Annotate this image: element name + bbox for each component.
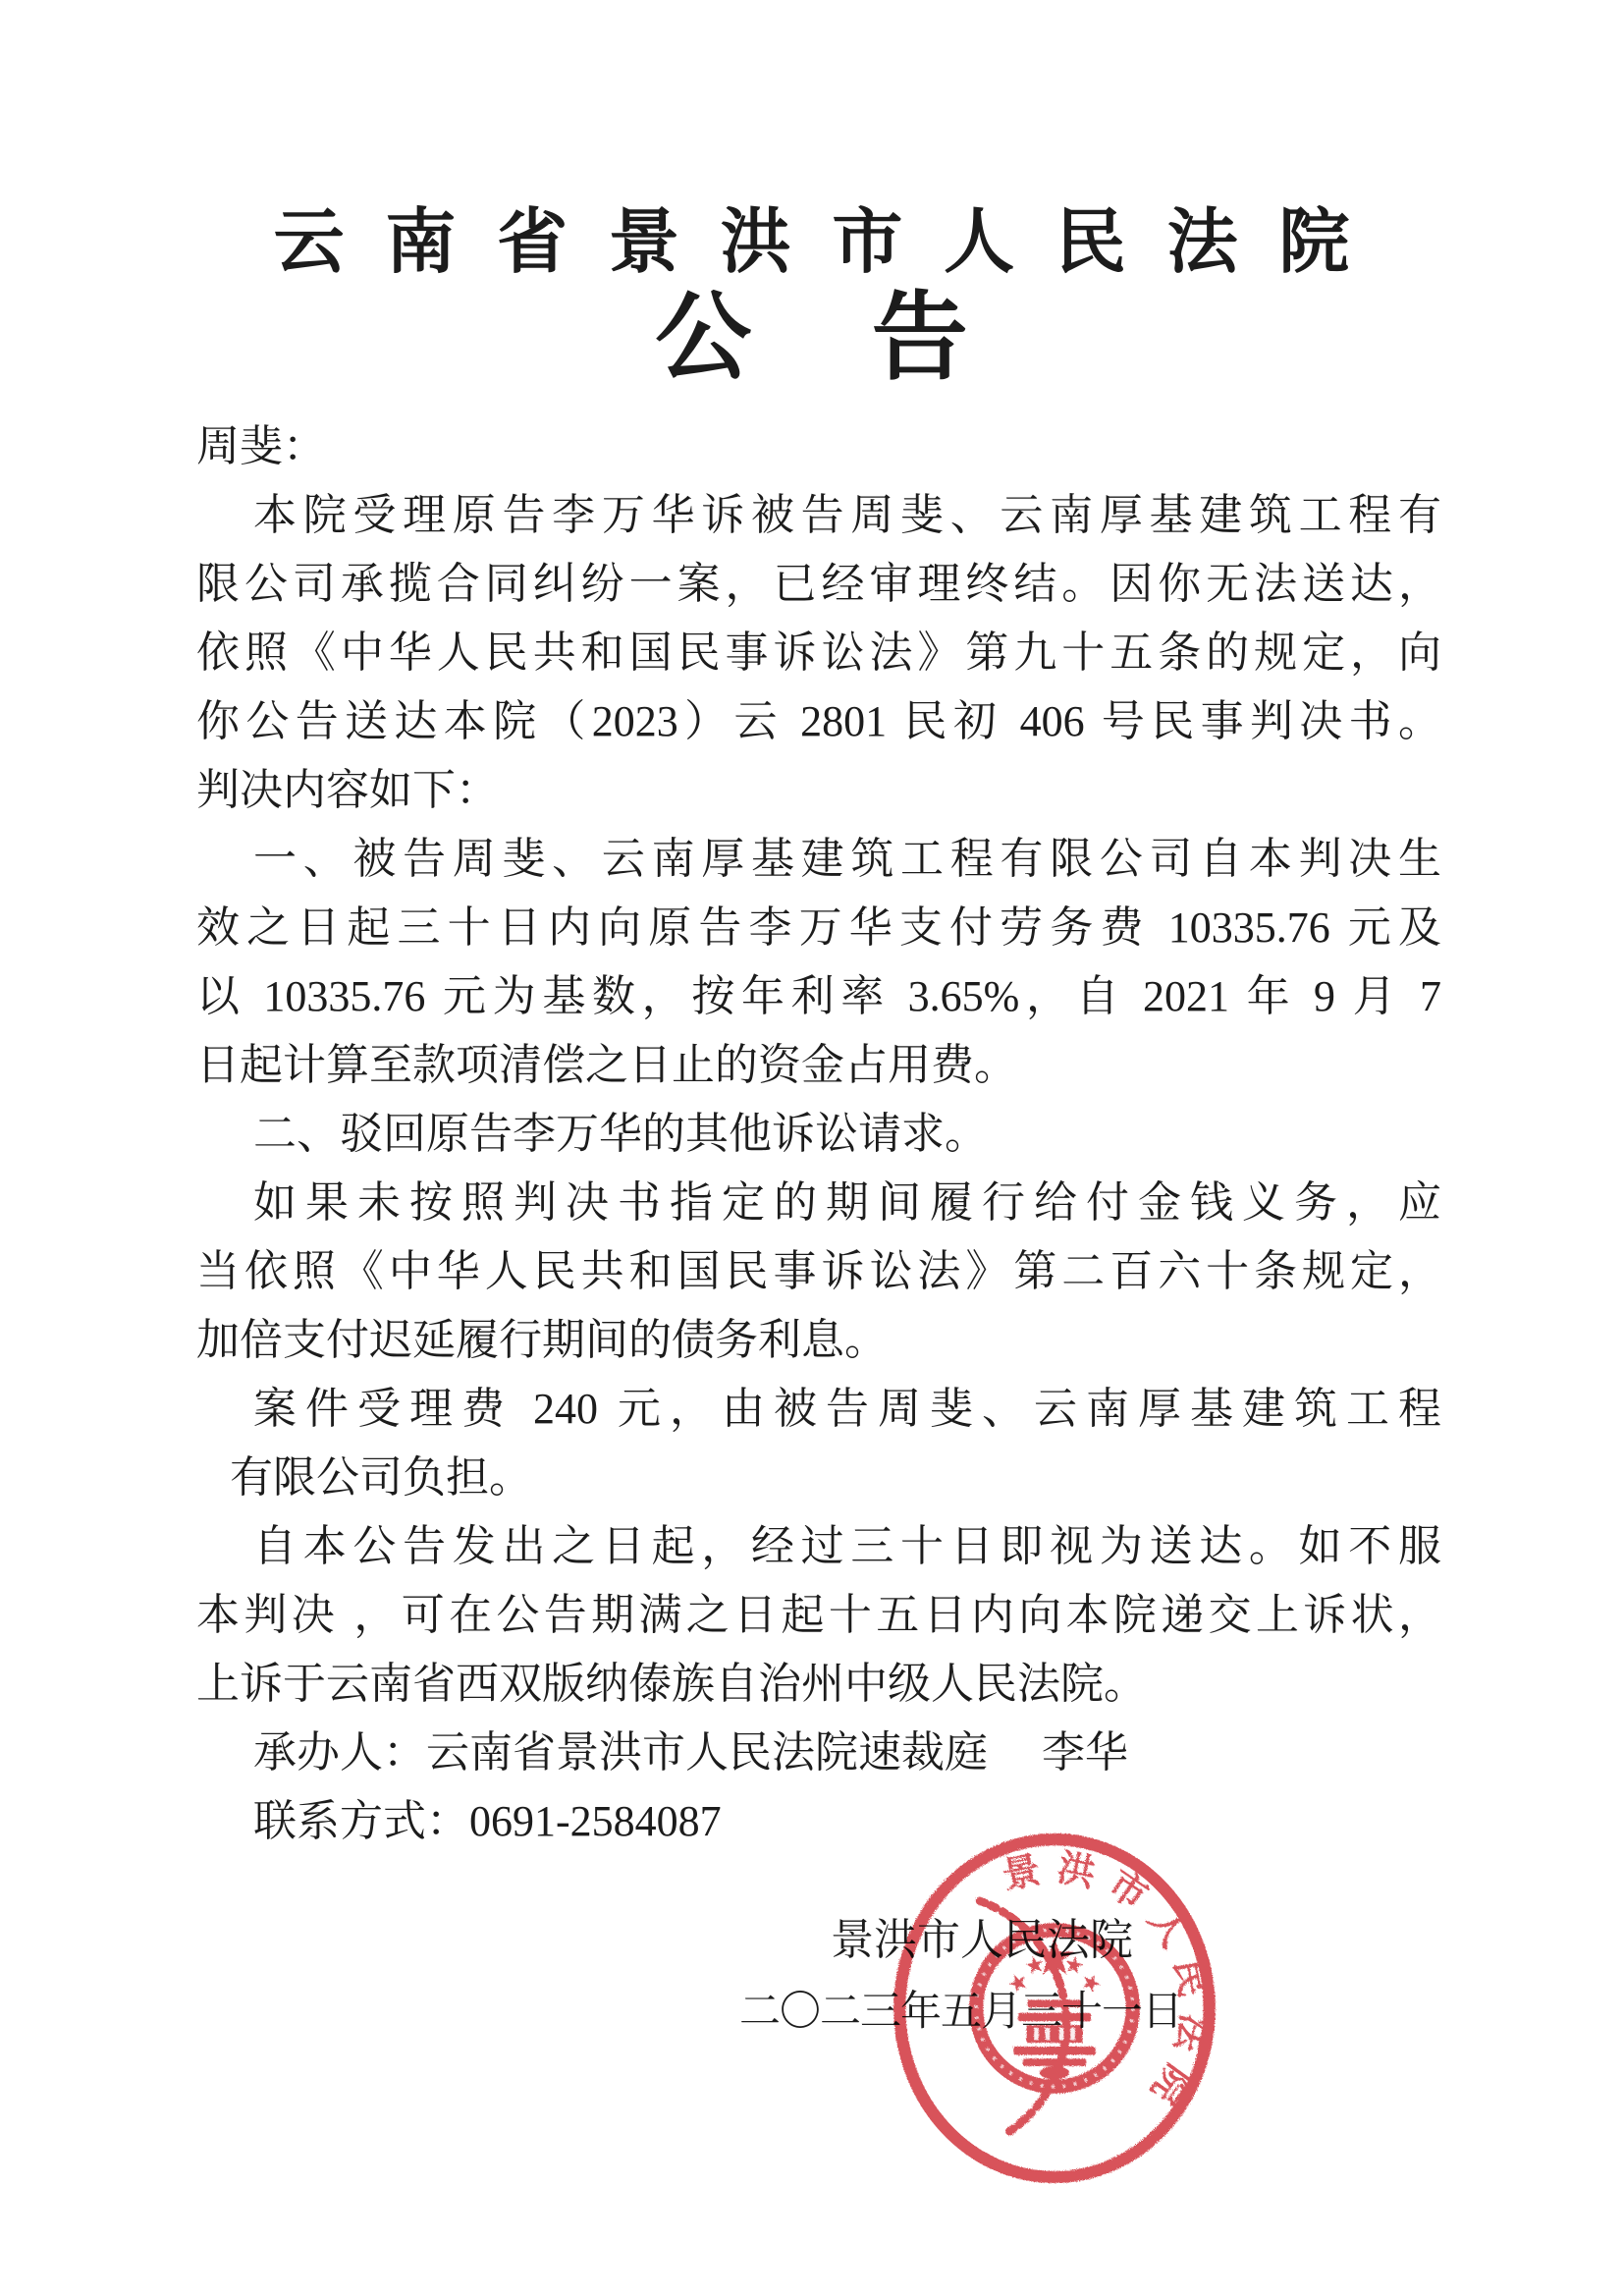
body-line: 判决内容如下： (196, 756, 1441, 825)
body-line: 自本公告发出之日起，经过三十日即视为送达。如不服 (196, 1512, 1441, 1581)
signature-court-name: 景洪市人民法院 (831, 1917, 1133, 1964)
signature-date: 二〇二三年五月三十一日 (739, 1990, 1182, 2035)
body-line: 以 10335.76 元为基数，按年利率 3.65%，自 2021 年 9 月 … (196, 962, 1441, 1031)
body-line: 有限公司负担。 (196, 1444, 1441, 1512)
body-line: 加倍支付迟延履行期间的债务利息。 (196, 1306, 1441, 1375)
body-line: 联系方式：0691-2584087 (196, 1787, 1441, 1856)
body-line: 日起计算至款项清偿之日止的资金占用费。 (196, 1031, 1441, 1100)
announcement-title: 公告 (0, 287, 1623, 393)
announcement-body: 周斐：本院受理原告李万华诉被告周斐、云南厚基建筑工程有限公司承揽合同纠纷一案，已… (196, 412, 1441, 1856)
body-line: 二、驳回原告李万华的其他诉讼请求。 (196, 1100, 1441, 1169)
body-line: 周斐： (196, 412, 1441, 481)
body-line: 一、被告周斐、云南厚基建筑工程有限公司自本判决生 (196, 825, 1441, 894)
body-line: 依照《中华人民共和国民事诉讼法》第九十五条的规定，向 (196, 619, 1441, 687)
court-name-heading: 云南省景洪市人民法院 (0, 204, 1623, 282)
body-line: 本院受理原告李万华诉被告周斐、云南厚基建筑工程有 (196, 481, 1441, 550)
body-line: 本判决 ，可在公告期满之日起十五日内向本院递交上诉状， (196, 1581, 1441, 1650)
document-page: 云南省景洪市人民法院 公告 周斐：本院受理原告李万华诉被告周斐、云南厚基建筑工程… (0, 0, 1623, 2296)
body-line: 如果未按照判决书指定的期间履行给付金钱义务，应 (196, 1169, 1441, 1237)
body-line: 你公告送达本院（2023）云 2801 民初 406 号民事判决书。 (196, 687, 1441, 756)
body-line: 当依照《中华人民共和国民事诉讼法》第二百六十条规定， (196, 1237, 1441, 1306)
body-line: 承办人：云南省景洪市人民法院速裁庭 李华 (196, 1719, 1441, 1787)
body-line: 限公司承揽合同纠纷一案，已经审理终结。因你无法送达， (196, 550, 1441, 619)
body-line: 上诉于云南省西双版纳傣族自治州中级人民法院。 (196, 1650, 1441, 1719)
body-line: 案件受理费 240 元，由被告周斐、云南厚基建筑工程 (196, 1375, 1441, 1444)
body-line: 效之日起三十日内向原告李万华支付劳务费 10335.76 元及 (196, 894, 1441, 962)
